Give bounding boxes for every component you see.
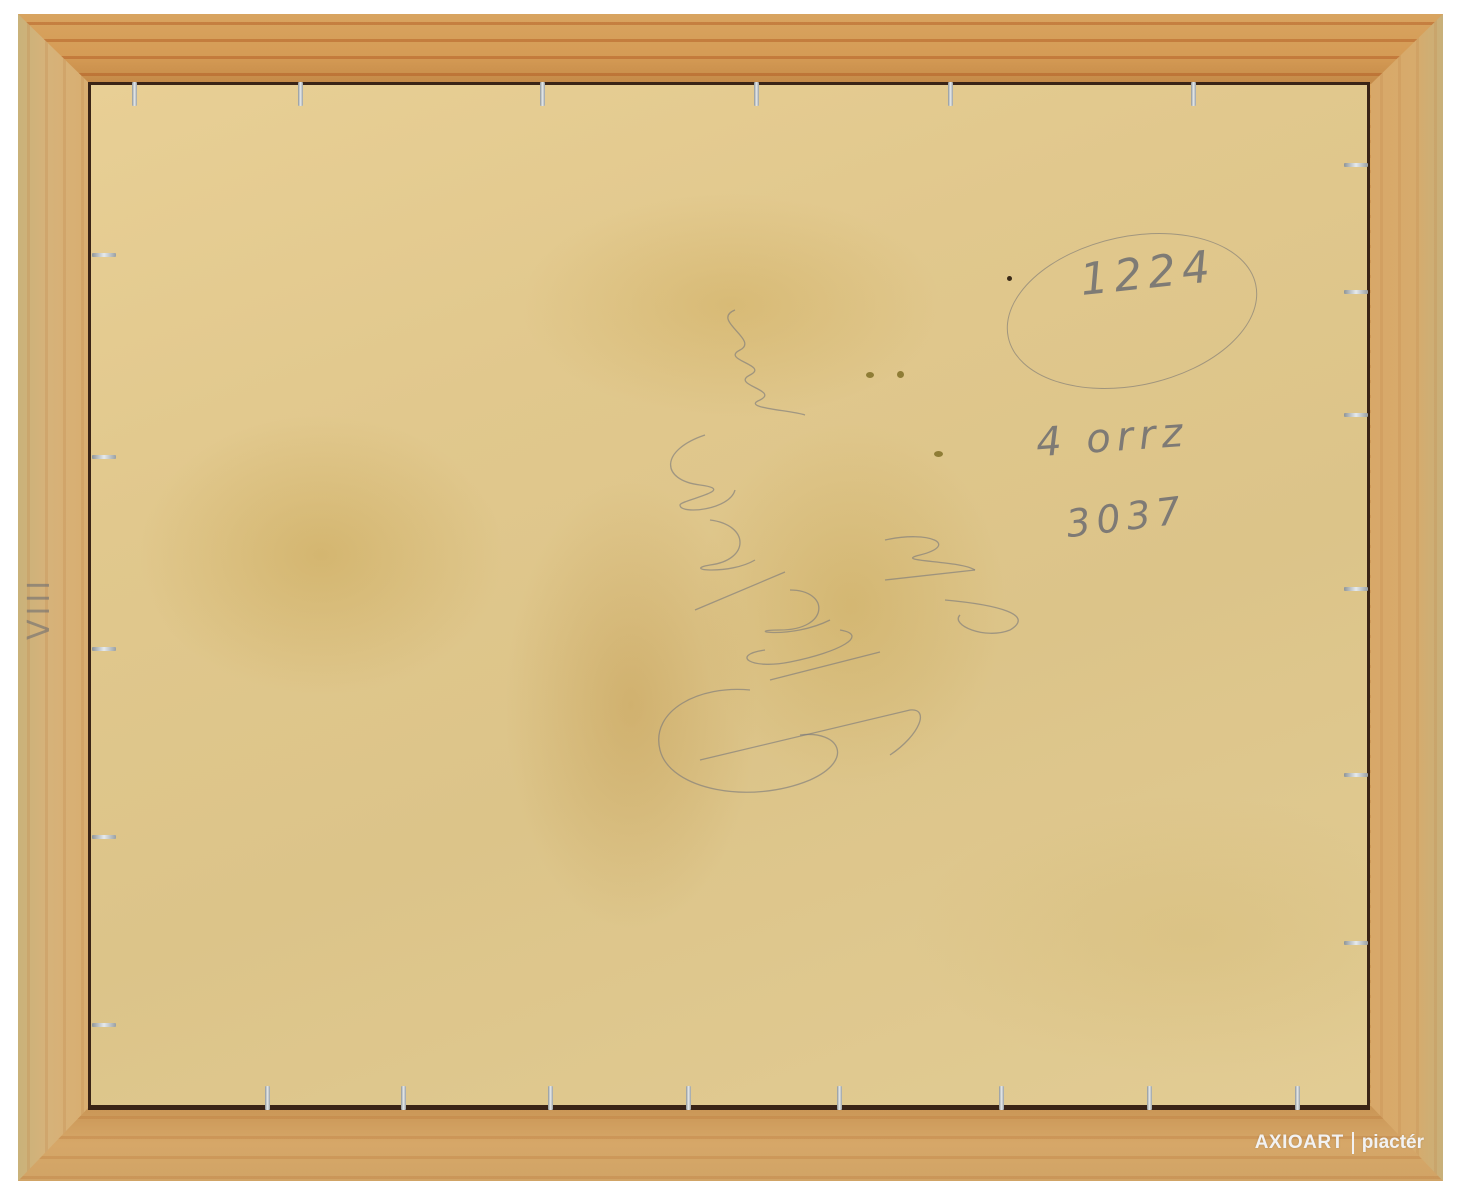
staple — [1344, 413, 1368, 417]
staple — [548, 1086, 553, 1110]
staple — [1344, 163, 1368, 167]
staple — [686, 1086, 691, 1110]
staple — [999, 1086, 1004, 1110]
staple — [1344, 290, 1368, 294]
staple — [92, 835, 116, 839]
staple — [92, 253, 116, 257]
staple — [92, 647, 116, 651]
staple — [92, 455, 116, 459]
staple — [1344, 773, 1368, 777]
paint-speck — [1007, 276, 1012, 281]
watermark: AXIOART piactér — [1255, 1132, 1424, 1154]
staple — [298, 82, 303, 106]
staple — [540, 82, 545, 106]
frame-rail-top — [18, 14, 1443, 84]
staple — [1295, 1086, 1300, 1110]
watermark-brand: AXIOART — [1255, 1132, 1344, 1154]
staple — [754, 82, 759, 106]
paint-speck — [866, 372, 874, 378]
watermark-separator — [1352, 1132, 1354, 1154]
staple — [1344, 587, 1368, 591]
staple — [92, 1023, 116, 1027]
staple — [948, 82, 953, 106]
paint-speck — [897, 371, 904, 378]
staple — [837, 1086, 842, 1110]
pencil-scribbles — [640, 290, 1040, 850]
frame-rail-bottom — [18, 1106, 1443, 1181]
staple — [401, 1086, 406, 1110]
staple — [1147, 1086, 1152, 1110]
staple — [265, 1086, 270, 1110]
frame-rail-right — [1371, 14, 1443, 1181]
frame-pencil-mark: VIII — [22, 577, 57, 640]
paint-speck — [934, 451, 943, 457]
watermark-sub: piactér — [1362, 1132, 1424, 1154]
staple — [1344, 941, 1368, 945]
staple — [132, 82, 137, 106]
staple — [1191, 82, 1196, 106]
